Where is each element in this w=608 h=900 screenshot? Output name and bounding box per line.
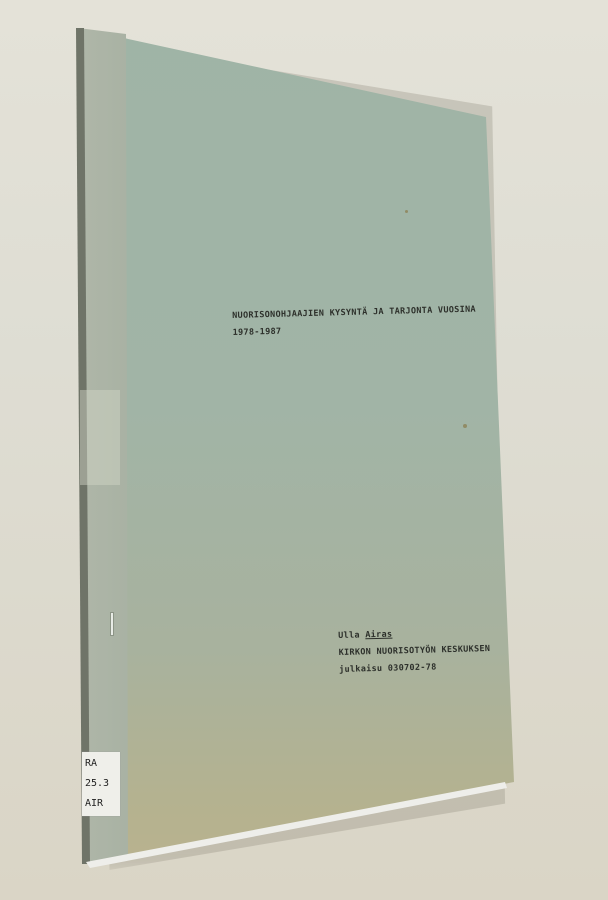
author-last-name: Airas [365, 630, 392, 641]
label-line-1: RA [85, 754, 120, 774]
library-call-number-label: RA 25.3 AIR [82, 752, 120, 816]
label-line-2: 25.3 [85, 774, 120, 794]
stain-spot [405, 210, 408, 213]
tape-strip [80, 390, 120, 485]
staple [110, 612, 114, 636]
author-first-name: Ulla [338, 630, 365, 641]
cover-title: NUORISONOHJAAJIEN KYSYNTÄ JA TARJONTA VU… [232, 302, 477, 342]
photo-scene: NUORISONOHJAAJIEN KYSYNTÄ JA TARJONTA VU… [0, 0, 608, 900]
cover-credits: Ulla Airas KIRKON NUORISOTYÖN KESKUKSEN … [338, 624, 491, 679]
label-line-3: AIR [85, 794, 120, 814]
stain-spot [463, 424, 467, 428]
